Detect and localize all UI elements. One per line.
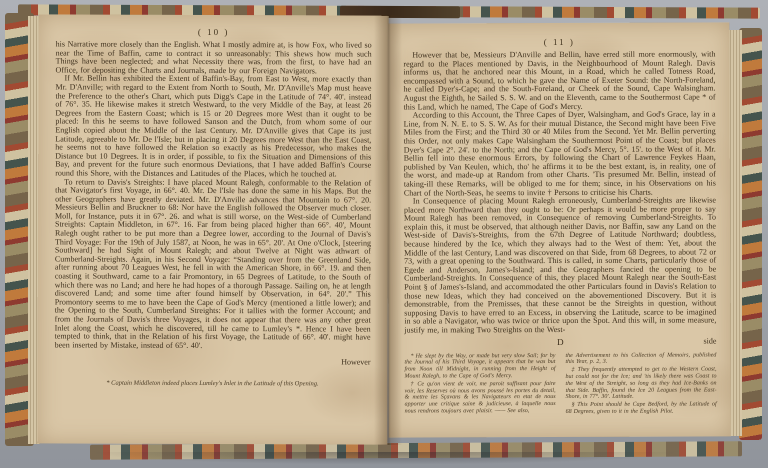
- left-page-paragraphs: his Narrative more closely than the Engl…: [55, 40, 372, 350]
- footnote: † Ce qu'on vient de voir, me paroit suff…: [405, 381, 556, 416]
- right-marbled-fore-edge: [739, 28, 762, 440]
- book-shadow: [20, 452, 750, 468]
- signature-mark: D: [557, 337, 564, 347]
- footnote: the Advertisement to his Collection of M…: [565, 352, 716, 366]
- paragraph: If Mr. Bellin has exhibited the Extent o…: [55, 75, 371, 179]
- catchword: However: [341, 358, 370, 367]
- right-page-number: ( 11 ): [403, 36, 715, 47]
- paragraph: However that be, Messieurs D'Anville and…: [403, 50, 715, 111]
- paragraph: According to this Account, the Three Cap…: [404, 111, 716, 198]
- left-page-number: ( 10 ): [56, 26, 372, 37]
- footnote: § This Point should be Cape Bedford, by …: [566, 402, 717, 416]
- paragraph: To return to Davis's Streights: I have p…: [55, 178, 372, 351]
- left-page: ( 10 ) his Narrative more closely than t…: [37, 14, 388, 444]
- left-catchword-row: However: [55, 357, 371, 367]
- footnote-column-2: the Advertisement to his Collection of M…: [565, 352, 716, 417]
- right-page-text-block: ( 11 ) However that be, Messieurs D'Anvi…: [403, 36, 716, 417]
- paragraph: his Narrative more closely than the Engl…: [56, 40, 372, 75]
- paragraph: In Consequence of placing Mount Ralegh e…: [404, 197, 716, 336]
- right-page-paragraphs: However that be, Messieurs D'Anville and…: [403, 50, 716, 335]
- right-page-footnotes: * He slept by the Way, or made but very …: [404, 352, 716, 417]
- right-page: ( 11 ) However that be, Messieurs D'Anvi…: [387, 22, 730, 437]
- footnote-column-1: * He slept by the Way, or made but very …: [404, 353, 555, 418]
- left-page-text-block: ( 10 ) his Narrative more closely than t…: [54, 26, 371, 387]
- left-page-footnote: * Captain Middleton indeed places Lumley…: [54, 380, 370, 388]
- book-photograph: ( 10 ) his Narrative more closely than t…: [0, 0, 768, 468]
- footnote: ‡ They frequently attempted to get to th…: [565, 367, 716, 402]
- footnote: * He slept by the Way, or made but very …: [404, 353, 555, 381]
- catchword: side: [703, 336, 716, 345]
- signature-row: D side: [404, 336, 716, 347]
